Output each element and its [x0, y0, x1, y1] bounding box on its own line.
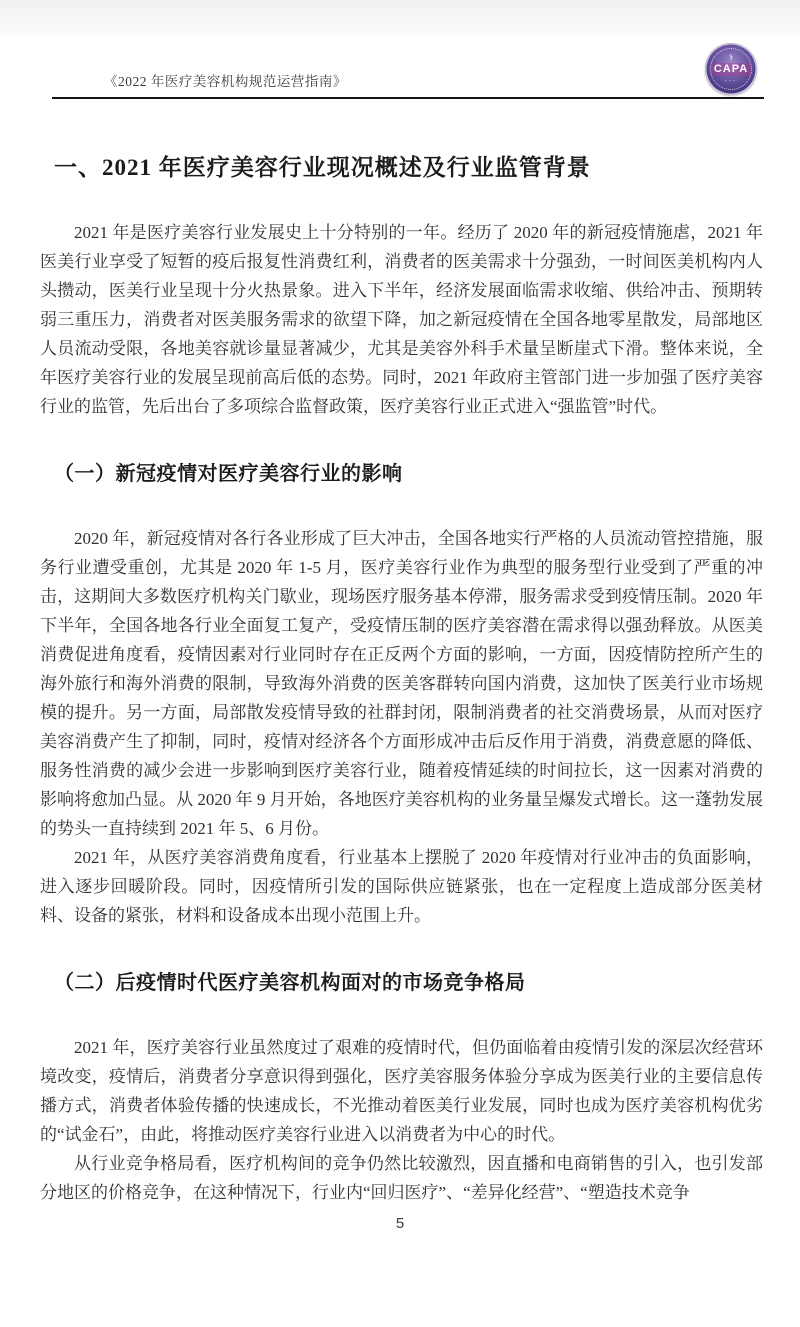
body-paragraph: 2021 年是医疗美容行业发展史上十分特别的一年。经历了 2020 年的新冠疫情…: [40, 218, 763, 421]
page-header: 《2022 年医疗美容机构规范运营指南》 ⚕ CAPA ···: [0, 0, 800, 97]
capa-logo-text: CAPA: [711, 63, 751, 76]
capa-logo-icon: ⚕ CAPA ···: [705, 43, 757, 95]
body-paragraph: 2021 年，医疗美容行业虽然度过了艰难的疫情时代，但仍面临着由疫情引发的深层次…: [40, 1033, 763, 1149]
header-booklet-title: 《2022 年医疗美容机构规范运营指南》: [104, 70, 347, 90]
page-footer: 5: [0, 1215, 800, 1233]
body-paragraph: 2020 年，新冠疫情对各行各业形成了巨大冲击，全国各地实行严格的人员流动管控措…: [40, 524, 763, 843]
section-heading: （一）新冠疫情对医疗美容行业的影响: [54, 457, 763, 486]
caduceus-icon: ⚕: [729, 54, 733, 62]
body-paragraph: 从行业竞争格局看，医疗机构间的竞争仍然比较激烈，因直播和电商销售的引入，也引发部…: [40, 1149, 763, 1207]
section-heading: （二）后疫情时代医疗美容机构面对的市场竞争格局: [54, 966, 763, 995]
logo-laurel-icon: ···: [725, 77, 738, 85]
document-body: 2021 年是医疗美容行业发展史上十分特别的一年。经历了 2020 年的新冠疫情…: [0, 218, 800, 1207]
page-number: 5: [396, 1215, 404, 1232]
header-rule: [52, 97, 764, 99]
body-paragraph: 2021 年，从医疗美容消费角度看，行业基本上摆脱了 2020 年疫情对行业冲击…: [40, 843, 763, 930]
page-title: 一、2021 年医疗美容行业现况概述及行业监管背景: [54, 149, 763, 182]
document-page: 《2022 年医疗美容机构规范运营指南》 ⚕ CAPA ··· 一、2021 年…: [0, 0, 800, 1233]
